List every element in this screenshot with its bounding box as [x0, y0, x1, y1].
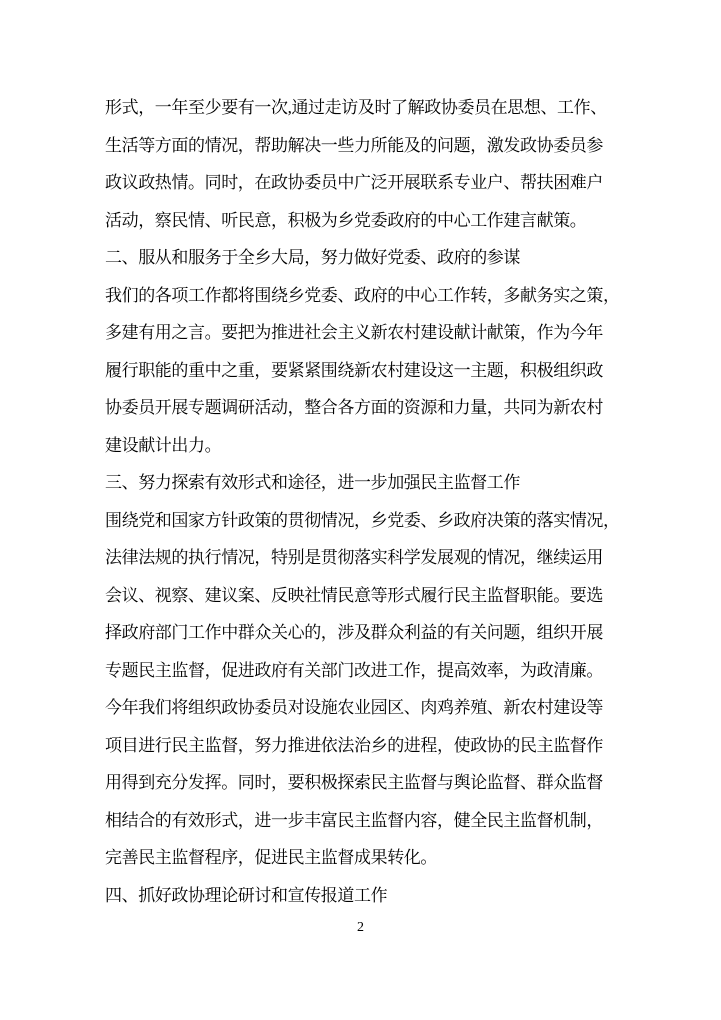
text-line: 围绕党和国家方针政策的贯彻情况，乡党委、乡政府决策的落实情况，: [105, 502, 622, 540]
page-number: 2: [0, 918, 721, 938]
text-line: 活动，察民情、听民意，积极为乡党委政府的中心工作建言献策。: [105, 202, 622, 240]
section-heading-4: 四、抓好政协理论研讨和宣传报道工作: [105, 877, 622, 915]
text-line: 法律法规的执行情况，特别是贯彻落实科学发展观的情况，继续运用: [105, 539, 622, 577]
text-line: 政议政热情。同时，在政协委员中广泛开展联系专业户、帮扶困难户: [105, 164, 622, 202]
text-line: 专题民主监督，促进政府有关部门改进工作，提高效率，为政清廉。: [105, 652, 622, 690]
text-line: 建设献计出力。: [105, 427, 622, 465]
document-body: 形式，一年至少要有一次,通过走访及时了解政协委员在思想、工作、 生活等方面的情况…: [105, 89, 622, 914]
text-line: 择政府部门工作中群众关心的，涉及群众利益的有关问题，组织开展: [105, 614, 622, 652]
text-line: 项目进行民主监督，努力推进依法治乡的进程，使政协的民主监督作: [105, 727, 622, 765]
section-heading-3: 三、努力探索有效形式和途径，进一步加强民主监督工作: [105, 464, 622, 502]
text-line: 相结合的有效形式，进一步丰富民主监督内容，健全民主监督机制，: [105, 802, 622, 840]
text-line: 用得到充分发挥。同时，要积极探索民主监督与舆论监督、群众监督: [105, 764, 622, 802]
text-line: 协委员开展专题调研活动，整合各方面的资源和力量，共同为新农村: [105, 389, 622, 427]
text-line: 会议、视察、建议案、反映社情民意等形式履行民主监督职能。要选: [105, 577, 622, 615]
text-line: 多建有用之言。要把为推进社会主义新农村建设献计献策，作为今年: [105, 314, 622, 352]
text-line: 生活等方面的情况，帮助解决一些力所能及的问题，激发政协委员参: [105, 127, 622, 165]
text-line: 形式，一年至少要有一次,通过走访及时了解政协委员在思想、工作、: [105, 89, 622, 127]
text-line: 履行职能的重中之重，要紧紧围绕新农村建设这一主题，积极组织政: [105, 352, 622, 390]
section-heading-2: 二、服从和服务于全乡大局，努力做好党委、政府的参谋: [105, 239, 622, 277]
document-page: 形式，一年至少要有一次,通过走访及时了解政协委员在思想、工作、 生活等方面的情况…: [0, 0, 721, 1020]
text-line: 完善民主监督程序，促进民主监督成果转化。: [105, 839, 622, 877]
text-line: 今年我们将组织政协委员对设施农业园区、肉鸡养殖、新农村建设等: [105, 689, 622, 727]
text-line: 我们的各项工作都将围绕乡党委、政府的中心工作转，多献务实之策，: [105, 277, 622, 315]
